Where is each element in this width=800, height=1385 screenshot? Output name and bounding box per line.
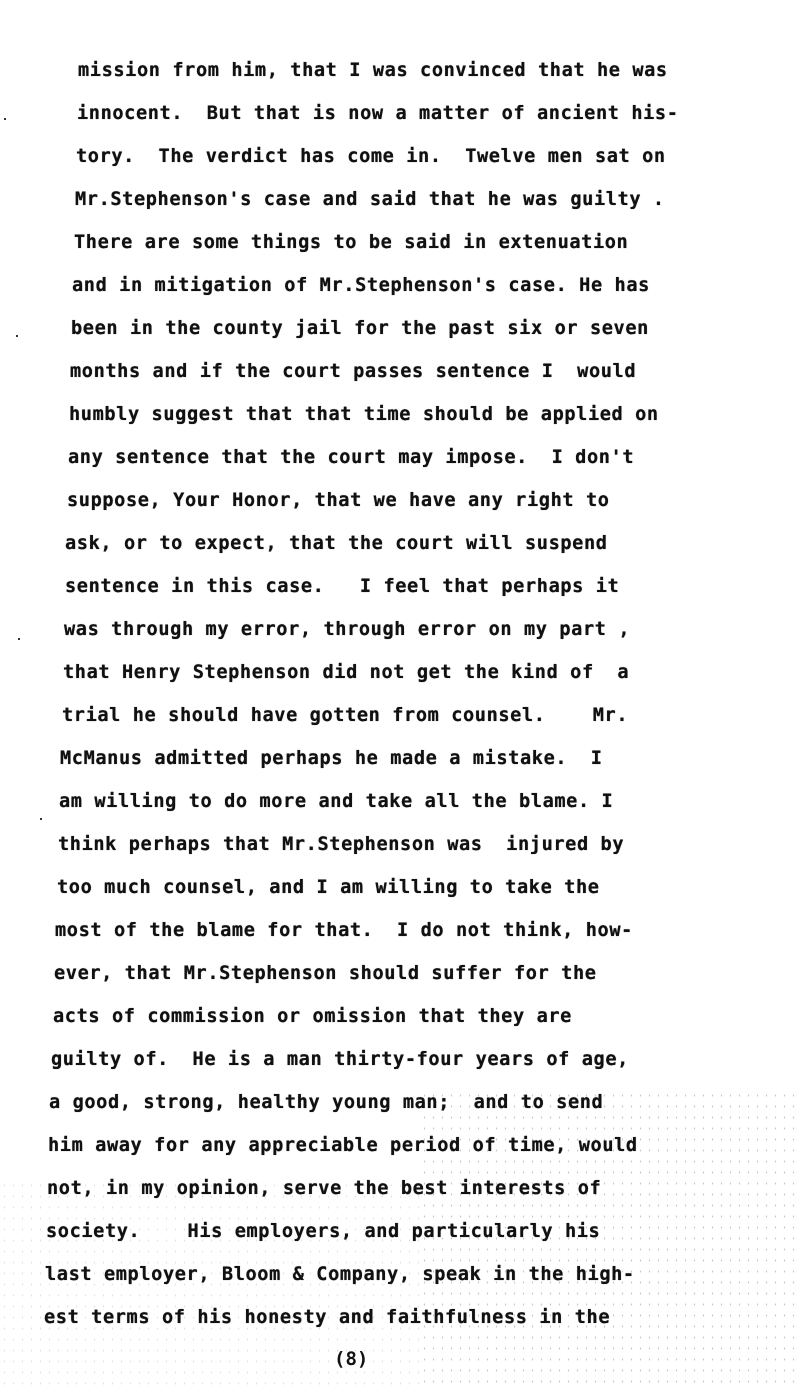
text-line: him away for any appreciable period of t… (48, 1137, 638, 1156)
text-line: that Henry Stephenson did not get the ki… (63, 664, 629, 683)
text-line: tory. The verdict has come in. Twelve me… (76, 148, 666, 167)
text-line: est terms of his honesty and faithfulnes… (44, 1309, 610, 1328)
scan-speck (4, 118, 6, 120)
text-line: ever, that Mr.Stephenson should suffer f… (54, 965, 597, 984)
text-line: last employer, Bloom & Company, speak in… (45, 1266, 635, 1285)
text-line: McManus admitted perhaps he made a mista… (60, 750, 603, 769)
text-line: think perhaps that Mr.Stephenson was inj… (58, 836, 624, 855)
text-line: not, in my opinion, serve the best inter… (47, 1180, 601, 1199)
text-line: ask, or to expect, that the court will s… (65, 535, 608, 554)
text-line: was through my error, through error on m… (64, 621, 630, 640)
text-line: guilty of. He is a man thirty-four years… (51, 1051, 629, 1070)
text-line: too much counsel, and I am willing to ta… (57, 879, 600, 898)
text-line: suppose, Your Honor, that we have any ri… (67, 492, 610, 511)
text-line: and in mitigation of Mr.Stephenson's cas… (72, 277, 650, 296)
text-line: am willing to do more and take all the b… (59, 793, 613, 812)
text-line: any sentence that the court may impose. … (68, 449, 634, 468)
text-line: a good, strong, healthy young man; and t… (49, 1094, 603, 1113)
page-number: (8) (334, 1348, 368, 1370)
text-line: trial he should have gotten from counsel… (62, 707, 628, 726)
text-line: months and if the court passes sentence … (70, 363, 636, 382)
text-line: acts of commission or omission that they… (53, 1008, 572, 1027)
text-line: mission from him, that I was convinced t… (78, 62, 668, 81)
text-line: humbly suggest that that time should be … (69, 406, 659, 425)
text-line: Mr.Stephenson's case and said that he wa… (75, 191, 665, 210)
text-line: There are some things to be said in exte… (74, 234, 628, 253)
text-line: innocent. But that is now a matter of an… (77, 105, 679, 124)
text-line: sentence in this case. I feel that perha… (65, 578, 619, 597)
scan-speck (16, 335, 18, 337)
text-line: society. His employers, and particularly… (46, 1223, 600, 1242)
scan-speck (18, 638, 20, 640)
document-page: mission from him, that I was convinced t… (0, 0, 800, 1385)
text-line: been in the county jail for the past six… (71, 320, 649, 339)
scan-speck (40, 818, 42, 820)
text-line: most of the blame for that. I do not thi… (55, 922, 633, 941)
